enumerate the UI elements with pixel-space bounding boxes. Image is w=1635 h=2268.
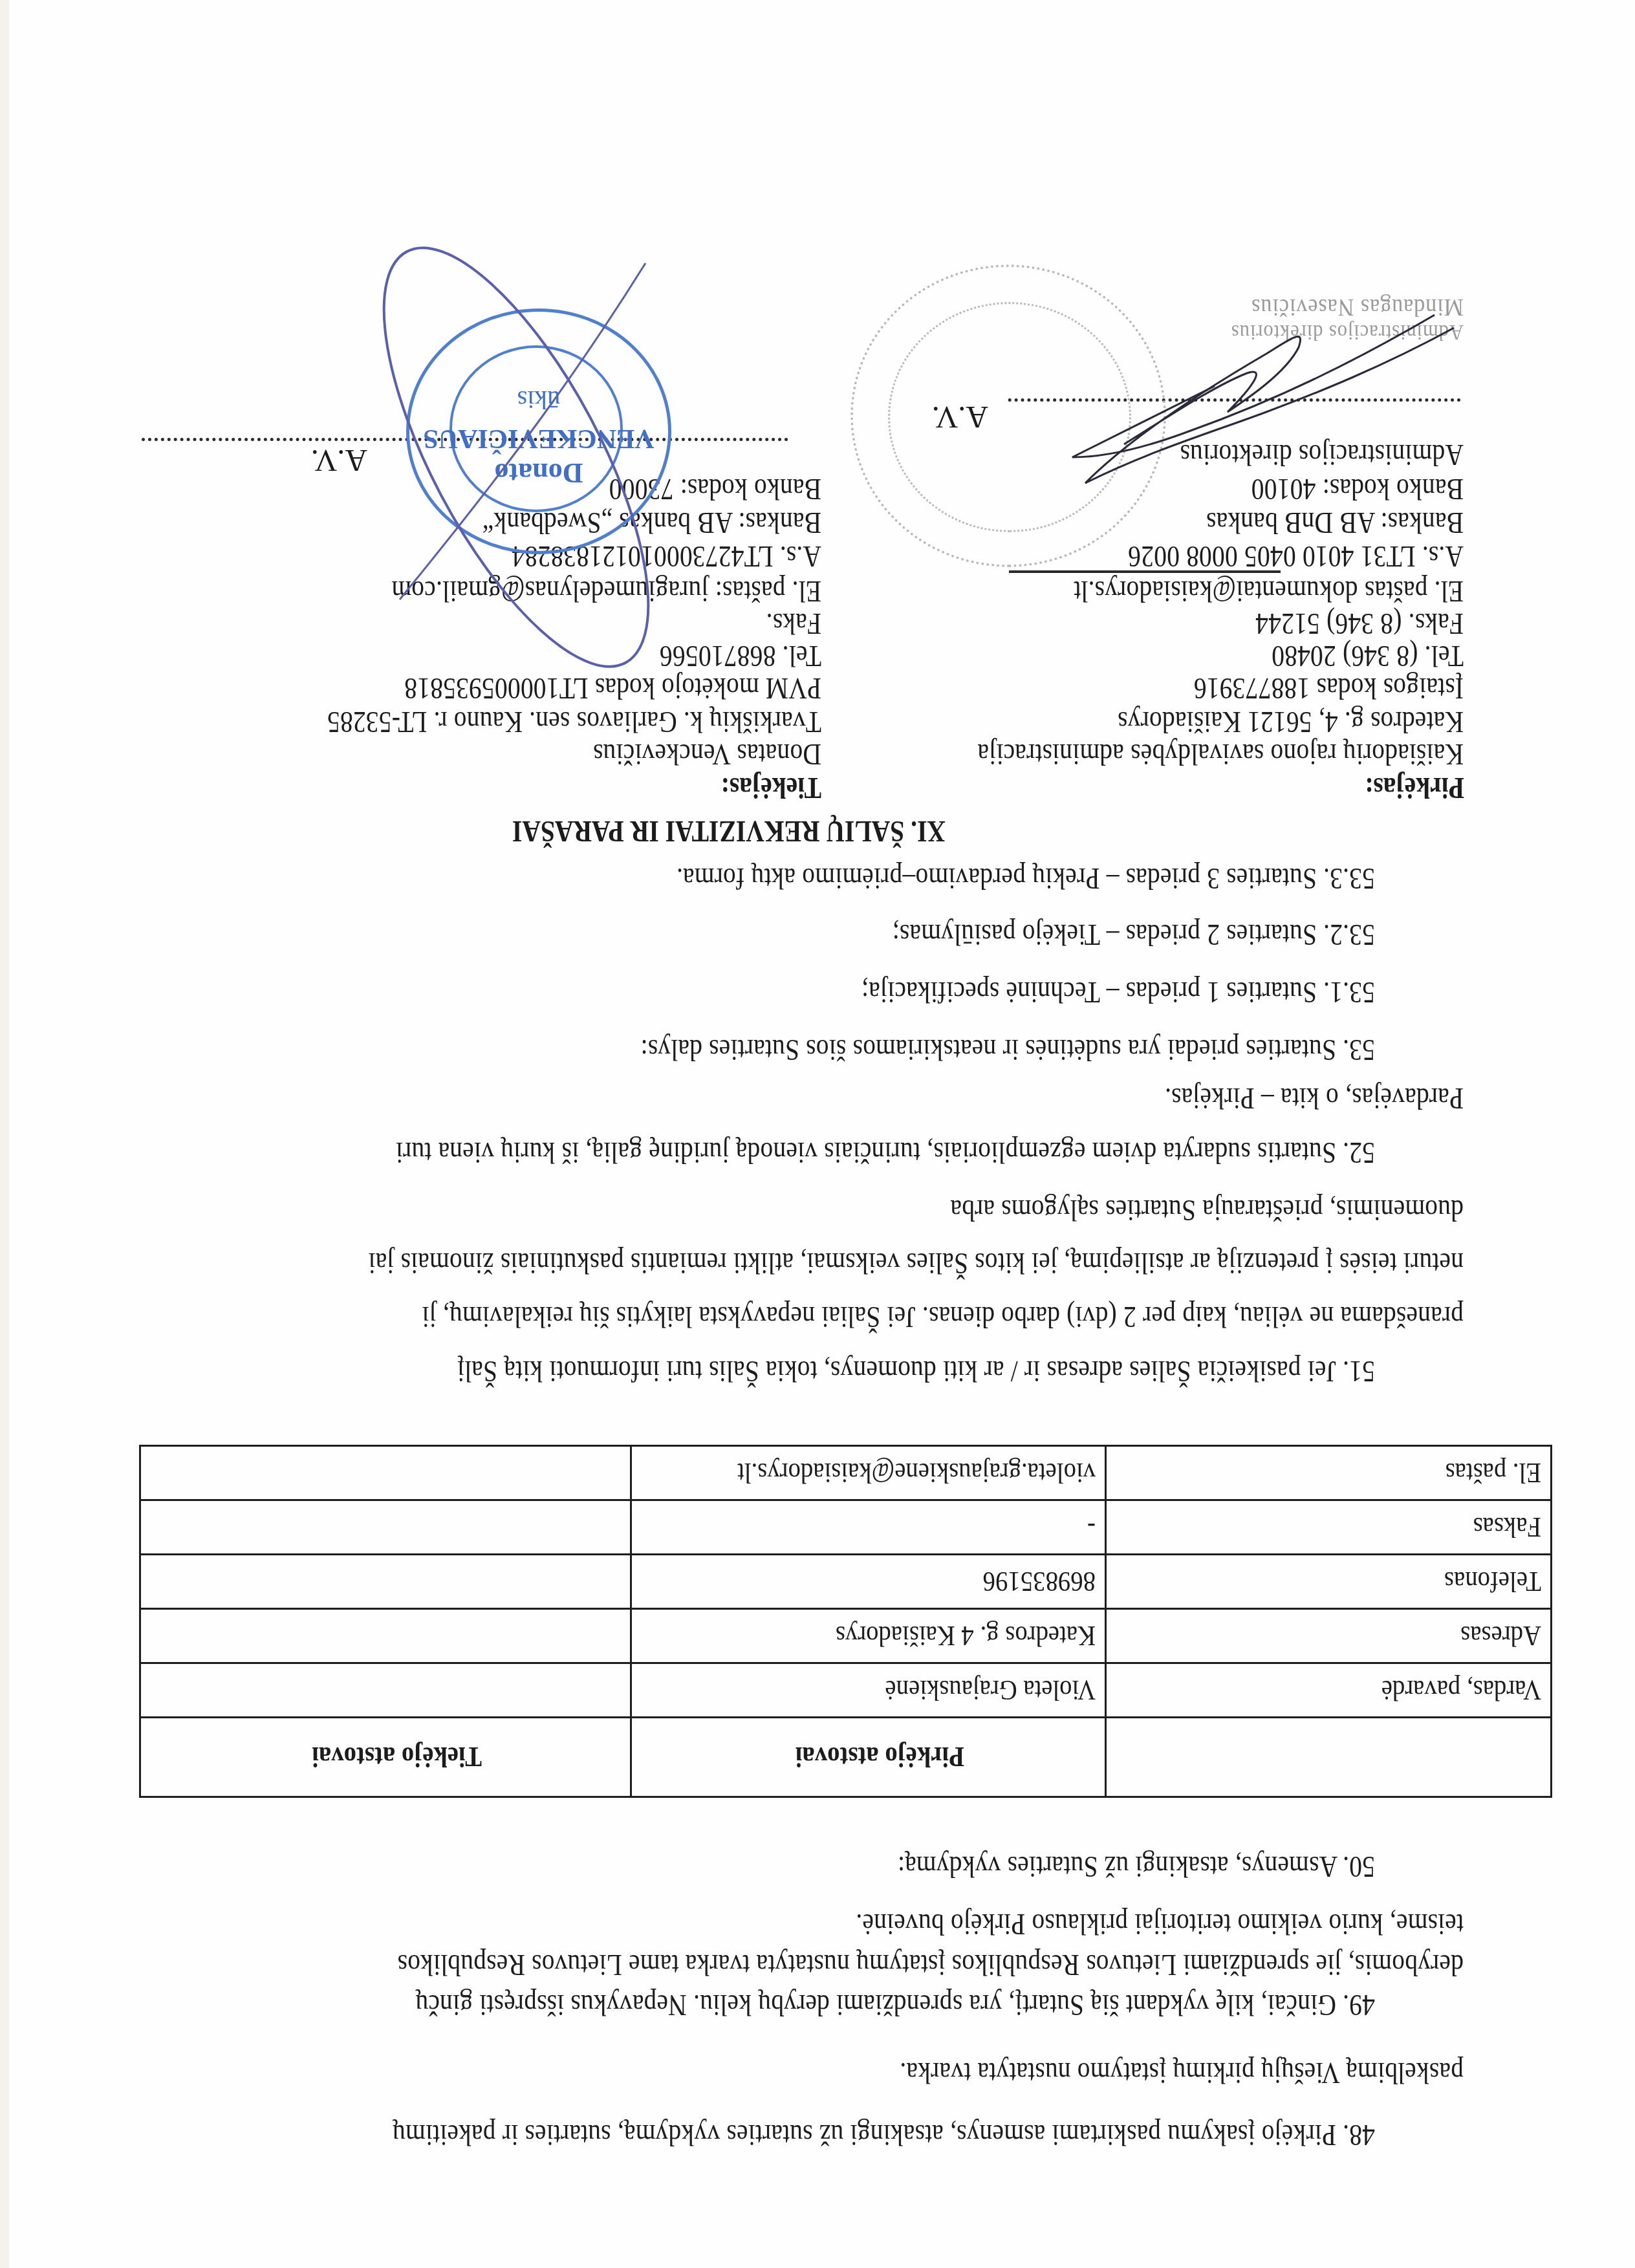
row-supplier-value: [140, 1500, 631, 1555]
table-row: Telefonas 869835196: [140, 1555, 1552, 1609]
buyer-heading: Pirkėjas:: [1365, 771, 1464, 805]
row-label: Vardas, pavardė: [1106, 1663, 1552, 1718]
supplier-line: Donatas Venckevičius: [593, 735, 821, 773]
header-buyer-reps: Pirkėjo atstovai: [631, 1718, 1106, 1797]
row-supplier-value: [140, 1609, 631, 1663]
clause-52-line1: 52. Sutartis sudaryta dviem egzemplioria…: [396, 1134, 1375, 1171]
clause-48-line2: paskelbimą Viešųjų pirkimų įstatymo nust…: [900, 2054, 1464, 2091]
clause-51-line4: duomenimis, prieštarauja Sutarties sąlyg…: [950, 1191, 1464, 1229]
row-supplier-value: [140, 1663, 631, 1718]
clause-50-line1: 50. Asmenys, atsakingi už Sutarties vykd…: [898, 1848, 1375, 1885]
clause-51-line2: pranešdama ne vėliau, kaip per 2 (dvi) d…: [422, 1298, 1464, 1335]
table-row: Vardas, pavardė Violeta Grajauskienė: [140, 1663, 1552, 1718]
buyer-line: Įstaigos kodas 188773916: [1194, 669, 1464, 707]
section-xi-title: XI. ŠALIŲ REKVIZITAI IR PARAŠAI: [512, 814, 946, 848]
row-buyer-value: 869835196: [631, 1555, 1106, 1609]
row-supplier-value: [140, 1446, 631, 1500]
buyer-line: Kaišiadorių rajono savivaldybės administ…: [977, 735, 1464, 773]
header-supplier-reps: Tiekėjo atstovai: [140, 1718, 631, 1797]
supplier-heading: Tiekėjas:: [721, 771, 821, 805]
clause-49-line1: 49. Ginčai, kilę vykdant šią Sutartį, yr…: [415, 1986, 1375, 2024]
buyer-line: A.s. LT31 4010 0405 0008 0026: [1128, 537, 1464, 575]
clause-51-line1: 51. Jei pasikeičia Šalies adresas ir / a…: [457, 1352, 1375, 1390]
representatives-table: Pirkėjo atstovai Tiekėjo atstovai Vardas…: [139, 1445, 1552, 1798]
clause-53-item-1: 53.1. Sutarties 1 priedas – Techninė spe…: [861, 973, 1375, 1011]
clause-53-line1: 53. Sutarties priedai yra sudėtinės ir n…: [640, 1031, 1375, 1068]
clause-48-line1: 48. Pirkėjo įsakymu paskirtami asmenys, …: [393, 2116, 1375, 2154]
row-label: El. paštas: [1106, 1446, 1552, 1500]
table-row: El. paštas violeta.grajauskiene@kaisiado…: [140, 1446, 1552, 1500]
clause-49-line3: teisme, kurio veikimo teritorijai prikla…: [856, 1905, 1464, 1943]
clause-49-line2: derybomis, jie sprendžiami Lietuvos Resp…: [397, 1946, 1464, 1983]
supplier-signature-icon: [348, 211, 684, 729]
buyer-signature-icon: [1059, 308, 1460, 522]
clause-51-line3: neturi teisės į pretenziją ar atsiliepim…: [368, 1244, 1464, 1282]
clause-52-line2: Pardavėjas, o kita – Pirkėjas.: [1165, 1079, 1464, 1117]
row-label: Adresas: [1106, 1609, 1552, 1663]
scan-edge: [0, 0, 9, 2268]
buyer-line: Katedros g. 4, 56121 Kaišiadorys: [1118, 703, 1464, 740]
header-empty: [1106, 1718, 1552, 1797]
table-row: Adresas Katedros g. 4 Kaišiadorys: [140, 1609, 1552, 1663]
row-buyer-value: violeta.grajauskiene@kaisiadorys.lt: [631, 1446, 1106, 1500]
buyer-line: Tel. (8 346) 20480: [1272, 637, 1464, 675]
row-label: Faksas: [1106, 1500, 1552, 1555]
supplier-line: Faks.: [766, 605, 821, 642]
clause-53-item-2: 53.2. Sutarties 2 priedas – Tiekėjo pasi…: [893, 916, 1375, 953]
clause-53-item-3: 53.3. Sutarties 3 priedas – Prekių perda…: [677, 859, 1375, 897]
scanned-page: 48. Pirkėjo įsakymu paskirtami asmenys, …: [0, 0, 1635, 2268]
row-label: Telefonas: [1106, 1555, 1552, 1609]
table-header-row: Pirkėjo atstovai Tiekėjo atstovai: [140, 1718, 1552, 1797]
row-buyer-value: Katedros g. 4 Kaišiadorys: [631, 1609, 1106, 1663]
buyer-email-line: El. paštas dokumentai@kaisiadorys.lt: [1074, 572, 1464, 610]
row-buyer-value: -: [631, 1500, 1106, 1555]
row-buyer-value: Violeta Grajauskienė: [631, 1663, 1106, 1718]
row-supplier-value: [140, 1555, 631, 1609]
table-row: Faksas -: [140, 1500, 1552, 1555]
buyer-line: Faks. (8 346) 51244: [1255, 605, 1464, 642]
